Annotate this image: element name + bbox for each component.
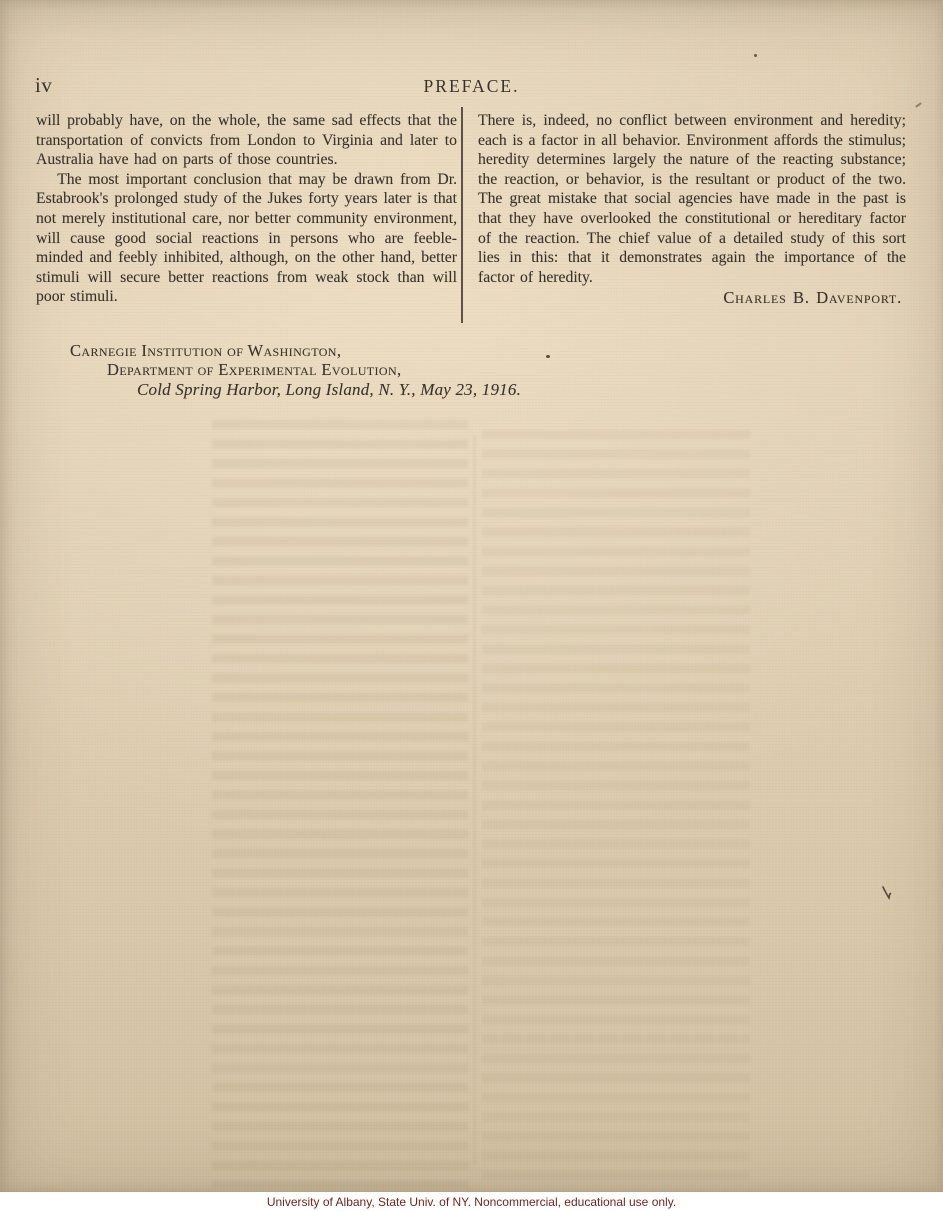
left-paragraph-2: The most important conclusion that may b… <box>36 170 457 307</box>
paper-speck <box>754 54 757 57</box>
right-text-column: There is, indeed, no conflict between en… <box>478 111 906 308</box>
colophon-department: Department of Experimental Evolution, <box>107 360 521 379</box>
attribution-text: University of Albany, State Univ. of NY.… <box>267 1195 676 1209</box>
paper-speck <box>915 102 922 108</box>
attribution-bar: University of Albany, State Univ. of NY.… <box>0 1192 943 1211</box>
left-text-column: will probably have, on the whole, the sa… <box>36 111 457 307</box>
right-paragraph-1: There is, indeed, no conflict between en… <box>478 111 906 287</box>
colophon-block: Carnegie Institution of Washington, Depa… <box>70 341 521 399</box>
pen-mark <box>880 886 894 907</box>
bleed-through-text-right <box>482 430 750 1188</box>
author-signature: Charles B. Davenport. <box>478 288 906 308</box>
paper-speck <box>546 355 550 358</box>
colophon-place-date: Cold Spring Harbor, Long Island, N. Y., … <box>137 380 521 399</box>
scanned-book-page: iv PREFACE. will probably have, on the w… <box>0 0 943 1211</box>
bleed-through-column-divider <box>474 435 475 1165</box>
left-paragraph-1: will probably have, on the whole, the sa… <box>36 111 457 170</box>
page-title: PREFACE. <box>0 76 943 97</box>
bleed-through-text-left <box>212 420 468 1188</box>
paper-background: iv PREFACE. will probably have, on the w… <box>0 0 943 1192</box>
column-divider-rule <box>461 107 463 323</box>
colophon-institution: Carnegie Institution of Washington, <box>70 341 521 360</box>
